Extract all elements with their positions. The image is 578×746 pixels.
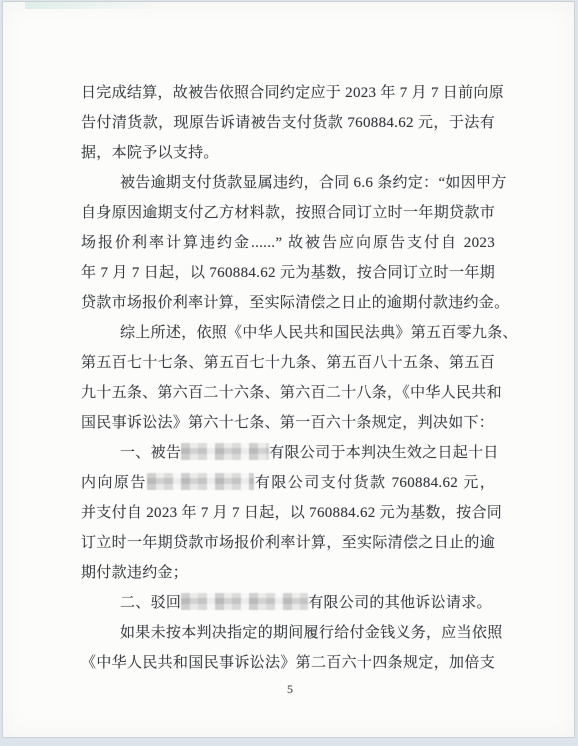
judgment-line-item-1-cont: 内向原告有限公司支付货款 760884.62 元，	[81, 468, 495, 498]
judgment-line: 被告逾期支付货款显属违约，合同 6.6 条约定：“如因甲方	[81, 168, 495, 198]
line-text-segment: 有限公司的其他诉讼请求。	[308, 595, 492, 611]
judgment-line: 综上所述，依照《中华人民共和国民法典》第五百零九条、	[81, 318, 495, 348]
judgment-line: 如果未按本判决指定的期间履行给付金钱义务，应当依照	[81, 618, 495, 648]
judgment-line: 订立时一年期贷款市场报价利率计算，至实际清偿之日止的逾	[81, 528, 495, 558]
paper-sheet: 日完成结算，故被告依照合同约定应于 2023 年 7 月 7 日前向原 告付清货…	[2, 1, 575, 738]
photo-tint-artifact	[25, 2, 165, 9]
judgment-line: 自身原因逾期支付乙方材料款，按照合同订立时一年期贷款市	[81, 198, 495, 228]
judgment-line: 《中华人民共和国民事诉讼法》第二百六十四条规定，加倍支	[81, 648, 495, 678]
redacted-company-name	[181, 593, 308, 610]
line-text-segment: 二、驳回	[120, 595, 181, 611]
judgment-line: 告付清货款，现原告诉请被告支付货款 760884.62 元，于法有	[81, 108, 495, 138]
line-text-segment: 有限公司支付货款 760884.62 元，	[254, 475, 495, 491]
judgment-line: 场报价利率计算违约金......” 故被告应向原告支付自 2023	[81, 228, 495, 258]
photo-background: { "document": { "kind": "civil-judgment-…	[0, 0, 578, 746]
judgment-line-item-2: 二、驳回有限公司的其他诉讼请求。	[81, 588, 495, 618]
judgment-line: 贷款市场报价利率计算，至实际清偿之日止的逾期付款违约金。	[81, 288, 495, 318]
redacted-company-name	[181, 443, 269, 460]
judgment-line: 年 7 月 7 日起，以 760884.62 元为基数，按合同订立时一年期	[81, 258, 495, 288]
page-number: 5	[3, 682, 577, 697]
judgment-line: 据，本院予以支持。	[81, 138, 495, 168]
judgment-line: 并支付自 2023 年 7 月 7 日起，以 760884.62 元为基数，按合…	[81, 498, 495, 528]
redacted-company-name	[147, 473, 254, 490]
judgment-line-item-1: 一、被告有限公司于本判决生效之日起十日	[81, 438, 495, 468]
judgment-line: 日完成结算，故被告依照合同约定应于 2023 年 7 月 7 日前向原	[81, 78, 495, 108]
line-text-segment: 有限公司于本判决生效之日起十日	[269, 445, 499, 461]
line-text-segment: 一、被告	[120, 445, 181, 461]
judgment-line: 国民事诉讼法》第六十七条、第一百六十条规定，判决如下：	[81, 408, 495, 438]
line-text-segment: 内向原告	[81, 475, 147, 491]
judgment-line: 九十五条、第六百二十六条、第六百二十八条，《中华人民共和	[81, 378, 495, 408]
judgment-line: 第五百七十七条、第五百七十九条、第五百八十五条、第五百	[81, 348, 495, 378]
judgment-line: 期付款违约金；	[81, 558, 495, 588]
judgment-text-block: 日完成结算，故被告依照合同约定应于 2023 年 7 月 7 日前向原 告付清货…	[81, 78, 495, 678]
